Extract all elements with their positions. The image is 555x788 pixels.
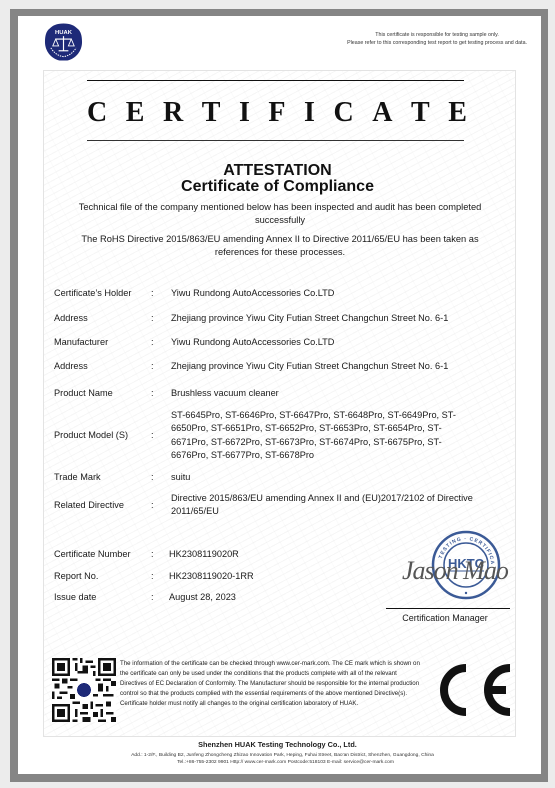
certificate-heading: C E R T I F I C A T E [87, 98, 467, 128]
manager-signature: Jason Mao [402, 556, 508, 586]
field-colon: : [151, 360, 154, 373]
heading-letter: E [126, 98, 145, 128]
intro-statement: Technical file of the company mentioned … [60, 201, 500, 227]
heading-letter: I [304, 98, 315, 128]
huak-scales-logo-icon: HUAK [44, 22, 83, 62]
heading-rule-top [87, 80, 464, 81]
field-colon: : [151, 312, 154, 325]
field-value: ST-6645Pro, ST-6646Pro, ST-6647Pro, ST-6… [171, 409, 471, 463]
verification-notice: The information of the certificate can b… [120, 659, 425, 709]
field-label: Address [54, 312, 88, 325]
heading-rule-bottom [87, 140, 464, 141]
field-label: Product Name [54, 387, 113, 400]
field-colon: : [151, 570, 154, 583]
issuer-address: Add.: 1-2/F., Building B2, Junfeng Zhong… [0, 753, 555, 758]
field-colon: : [151, 499, 154, 512]
attestation-title: ATTESTATION [0, 162, 555, 179]
ce-mark-icon [430, 662, 512, 718]
heading-letter: A [372, 98, 392, 128]
field-label: Certificate’s Holder [54, 287, 131, 300]
field-colon: : [151, 471, 154, 484]
field-colon: : [151, 387, 154, 400]
svg-text:HUAK: HUAK [55, 30, 73, 36]
heading-letter: T [202, 98, 221, 128]
heading-letter: F [268, 98, 285, 128]
heading-letter: R [163, 98, 183, 128]
heading-letter: C [333, 98, 353, 128]
issuer-contact: Tel.:+86-755-2302 9901 Http:// www.cer-m… [0, 760, 555, 765]
field-value: Brushless vacuum cleaner [171, 387, 516, 400]
field-colon: : [151, 591, 154, 604]
heading-letter: E [448, 98, 467, 128]
field-label: Related Directive [54, 499, 124, 512]
heading-letter: T [411, 98, 430, 128]
disclaimer-line: This certificate is responsible for test… [347, 31, 527, 39]
field-value: Zhejiang province Yiwu City Futian Stree… [171, 360, 516, 373]
signature-title: Certification Manager [380, 613, 510, 623]
field-colon: : [151, 548, 154, 561]
field-colon: : [151, 287, 154, 300]
field-label: Product Model (S) [54, 429, 128, 442]
qr-code-icon [52, 658, 116, 722]
field-value: Yiwu Rundong AutoAccessories Co.LTD [171, 287, 516, 300]
field-colon: : [151, 429, 154, 442]
heading-letter: C [87, 98, 107, 128]
disclaimer: This certificate is responsible for test… [347, 31, 527, 47]
compliance-title: Certificate of Compliance [0, 178, 555, 196]
field-label: Address [54, 360, 88, 373]
field-label: Report No. [54, 570, 98, 583]
field-colon: : [151, 336, 154, 349]
signature-line [386, 608, 510, 609]
field-value: suitu [171, 471, 516, 484]
signature-block: TESTING · CERTIFICATION HKTC Jason Mao C… [380, 528, 510, 628]
field-label: Trade Mark [54, 471, 101, 484]
issuer-company: Shenzhen HUAK Testing Technology Co., Lt… [0, 740, 555, 749]
field-label: Issue date [54, 591, 96, 604]
field-value: Directive 2015/863/EU amending Annex II … [171, 492, 501, 519]
field-value: Zhejiang province Yiwu City Futian Stree… [171, 312, 516, 325]
heading-letter: I [239, 98, 250, 128]
directive-statement: The RoHS Directive 2015/863/EU amending … [60, 233, 500, 259]
field-label: Manufacturer [54, 336, 108, 349]
field-value: Yiwu Rundong AutoAccessories Co.LTD [171, 336, 516, 349]
field-label: Certificate Number [54, 548, 131, 561]
disclaimer-line: Please refer to this corresponding test … [347, 39, 527, 47]
